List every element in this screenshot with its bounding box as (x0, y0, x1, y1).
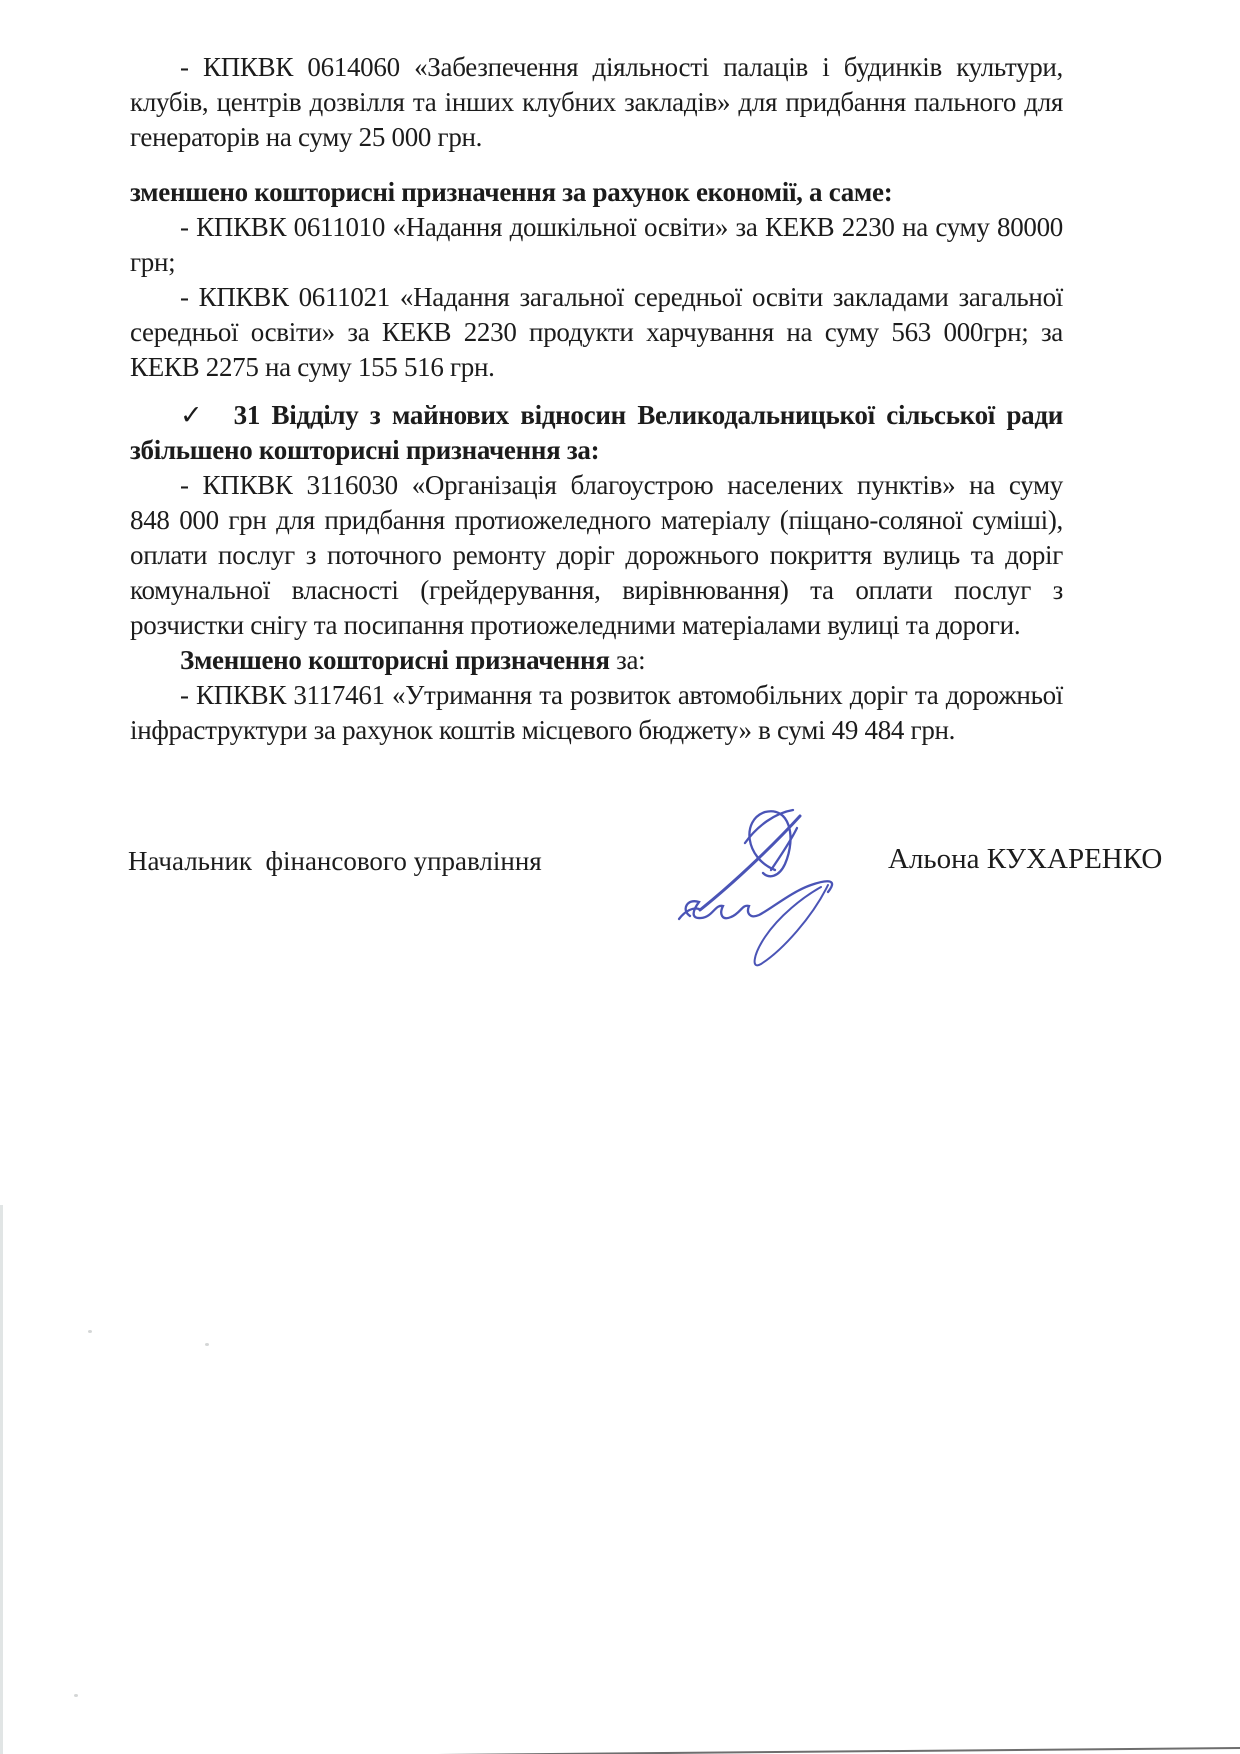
check-icon: ✓ (180, 400, 208, 430)
doc-heading-decrease-economy: зменшено кошторисні призначення за рахун… (130, 175, 1063, 210)
doc-line: клубів, центрів дозвілля та інших клубни… (130, 85, 1063, 120)
doc-line: КЕКВ 2275 на суму 155 516 грн. (130, 350, 1063, 385)
scan-artifact-bottom-edge (430, 1747, 1240, 1754)
doc-line: - КПКВК 0614060 «Забезпечення діяльності… (130, 50, 1063, 85)
doc-section-title: 31 Відділу з майнових відносин Великодал… (234, 400, 1063, 430)
document-body: - КПКВК 0614060 «Забезпечення діяльності… (130, 50, 1063, 748)
scan-speck (88, 1330, 92, 1333)
doc-heading-increase: збільшено кошторисні призначення за: (130, 433, 1063, 468)
doc-line: - КПКВК 3116030 «Організація благоустрою… (130, 468, 1063, 503)
doc-heading-decrease: Зменшено кошторисні призначення за: (130, 643, 1063, 678)
doc-line: - КПКВК 0611021 «Надання загальної серед… (130, 280, 1063, 315)
signer-name: Альона КУХАРЕНКО (888, 843, 1162, 876)
doc-line: інфраструктури за рахунок коштів місцево… (130, 713, 1063, 748)
doc-line: - КПКВК 3117461 «Утримання та розвиток а… (130, 678, 1063, 713)
doc-line: оплати послуг з поточного ремонту доріг … (130, 538, 1063, 573)
signature-image (645, 798, 845, 978)
document-page: - КПКВК 0614060 «Забезпечення діяльності… (0, 0, 1240, 1754)
doc-section-department-31: ✓31 Відділу з майнових відносин Великода… (130, 398, 1063, 433)
doc-line: середньої освіти» за КЕКВ 2230 продукти … (130, 315, 1063, 350)
doc-line: генераторів на суму 25 000 грн. (130, 120, 1063, 155)
scan-artifact-left-edge (0, 1205, 3, 1754)
scan-speck (205, 1343, 209, 1346)
doc-line: розчистки снігу та посипання протиожелед… (130, 608, 1063, 643)
doc-line: - КПКВК 0611010 «Надання дошкільної осві… (130, 210, 1063, 245)
doc-line: грн; (130, 245, 1063, 280)
doc-line: комунальної власності (грейдерування, ви… (130, 573, 1063, 608)
scan-speck (74, 1694, 78, 1697)
signer-position-title: Начальник фінансового управління (128, 846, 542, 877)
doc-line: 848 000 грн для придбання протиожеледног… (130, 503, 1063, 538)
